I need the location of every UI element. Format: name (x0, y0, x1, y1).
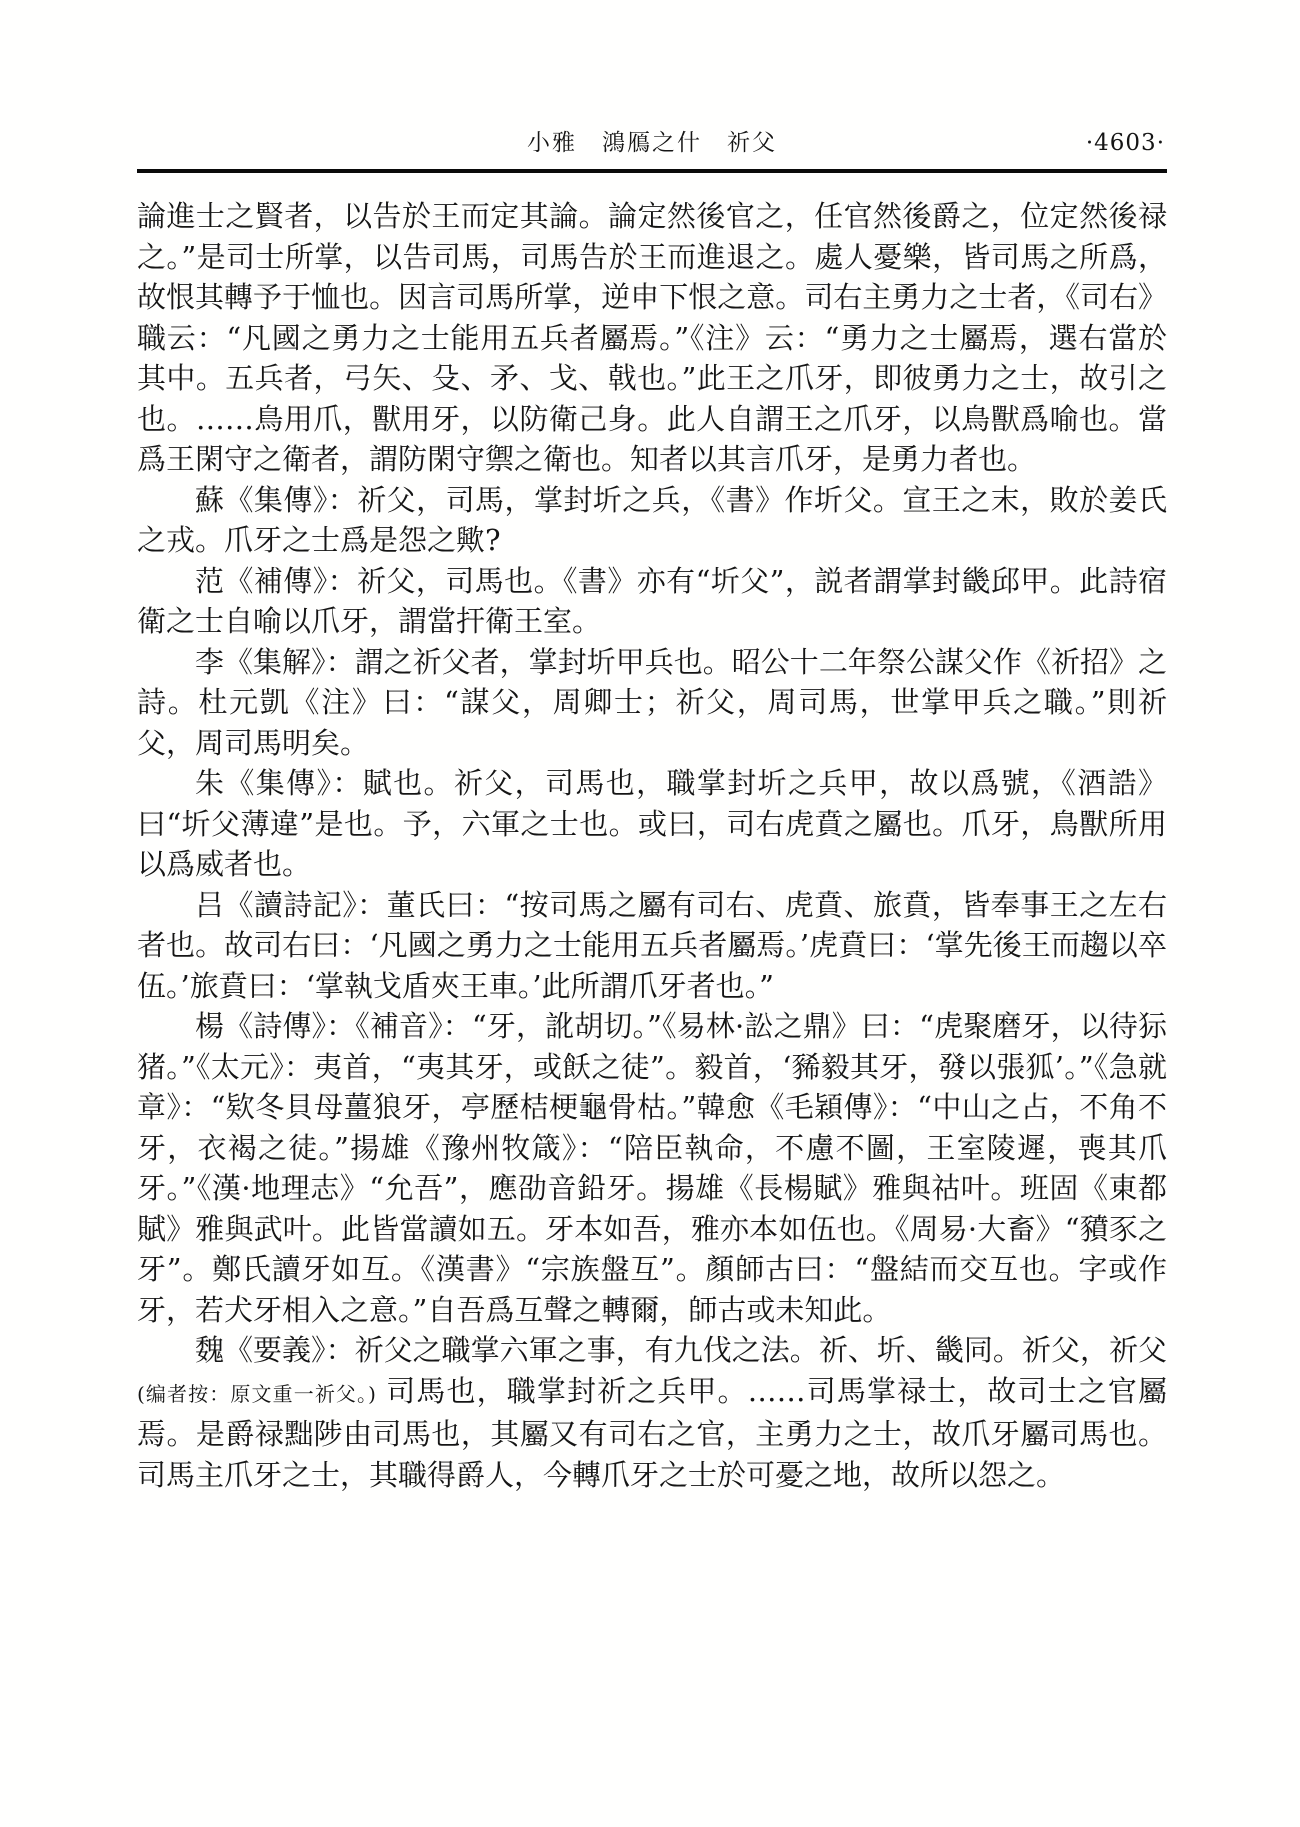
book-page: 小雅 鴻鴈之什 祈父 ·4603· 論進士之賢者，以告於王而定其論。論定然後官之… (0, 0, 1300, 1827)
header-rule (137, 169, 1167, 173)
paragraph-text: 吕《讀詩記》：董氏曰：“按司馬之屬有司右、虎賁、旅賁，皆奉事王之左右者也。故司右… (137, 888, 1167, 1003)
paragraph: 魏《要義》：祈父之職掌六軍之事，有九伐之法。祈、圻、畿同。祈父，祈父(编者按：原… (137, 1330, 1167, 1495)
paragraph: 論進士之賢者，以告於王而定其論。論定然後官之，任官然後爵之，位定然後禄之。”是司… (137, 196, 1167, 480)
paragraph-text: 蘇《集傳》：祈父，司馬，掌封圻之兵，《書》作圻父。宣王之末，敗於姜氏之戎。爪牙之… (137, 483, 1167, 558)
paragraph: 吕《讀詩記》：董氏曰：“按司馬之屬有司右、虎賁、旅賁，皆奉事王之左右者也。故司右… (137, 885, 1167, 1007)
page-number: ·4603· (1086, 128, 1165, 158)
paragraph-text: 范《補傳》：祈父，司馬也。《書》亦有“圻父”，説者謂掌封畿邱甲。此詩宿衛之士自喻… (137, 564, 1167, 639)
paragraph-text: 魏《要義》：祈父之職掌六軍之事，有九伐之法。祈、圻、畿同。祈父，祈父 (195, 1333, 1167, 1367)
paragraph-text: 朱《集傳》：賦也。祈父，司馬也，職掌封圻之兵甲，故以爲號，《酒誥》曰“圻父薄違”… (137, 766, 1167, 881)
body-text: 論進士之賢者，以告於王而定其論。論定然後官之，任官然後爵之，位定然後禄之。”是司… (137, 196, 1167, 1495)
paragraph-text: 李《集解》：謂之祈父者，掌封圻甲兵也。昭公十二年祭公謀父作《祈招》之詩。杜元凱《… (137, 645, 1167, 760)
page-content: 小雅 鴻鴈之什 祈父 ·4603· 論進士之賢者，以告於王而定其論。論定然後官之… (137, 128, 1167, 1495)
paragraph: 楊《詩傳》：《補音》：“牙，訛胡切。”《易林·訟之鼎》曰：“虎聚磨牙，以待狋猪。… (137, 1006, 1167, 1330)
paragraph: 朱《集傳》：賦也。祈父，司馬也，職掌封圻之兵甲，故以爲號，《酒誥》曰“圻父薄違”… (137, 763, 1167, 885)
running-header: 小雅 鴻鴈之什 祈父 ·4603· (137, 128, 1167, 164)
paragraph: 范《補傳》：祈父，司馬也。《書》亦有“圻父”，説者謂掌封畿邱甲。此詩宿衛之士自喻… (137, 561, 1167, 642)
paragraph: 蘇《集傳》：祈父，司馬，掌封圻之兵，《書》作圻父。宣王之末，敗於姜氏之戎。爪牙之… (137, 480, 1167, 561)
paragraph-text: 論進士之賢者，以告於王而定其論。論定然後官之，任官然後爵之，位定然後禄之。”是司… (137, 199, 1167, 476)
editor-note: (编者按：原文重一祈父。) (137, 1382, 376, 1406)
paragraph: 李《集解》：謂之祈父者，掌封圻甲兵也。昭公十二年祭公謀父作《祈招》之詩。杜元凱《… (137, 642, 1167, 764)
running-header-title: 小雅 鴻鴈之什 祈父 (137, 128, 1167, 158)
paragraph-text: 楊《詩傳》：《補音》：“牙，訛胡切。”《易林·訟之鼎》曰：“虎聚磨牙，以待狋猪。… (137, 1009, 1167, 1327)
